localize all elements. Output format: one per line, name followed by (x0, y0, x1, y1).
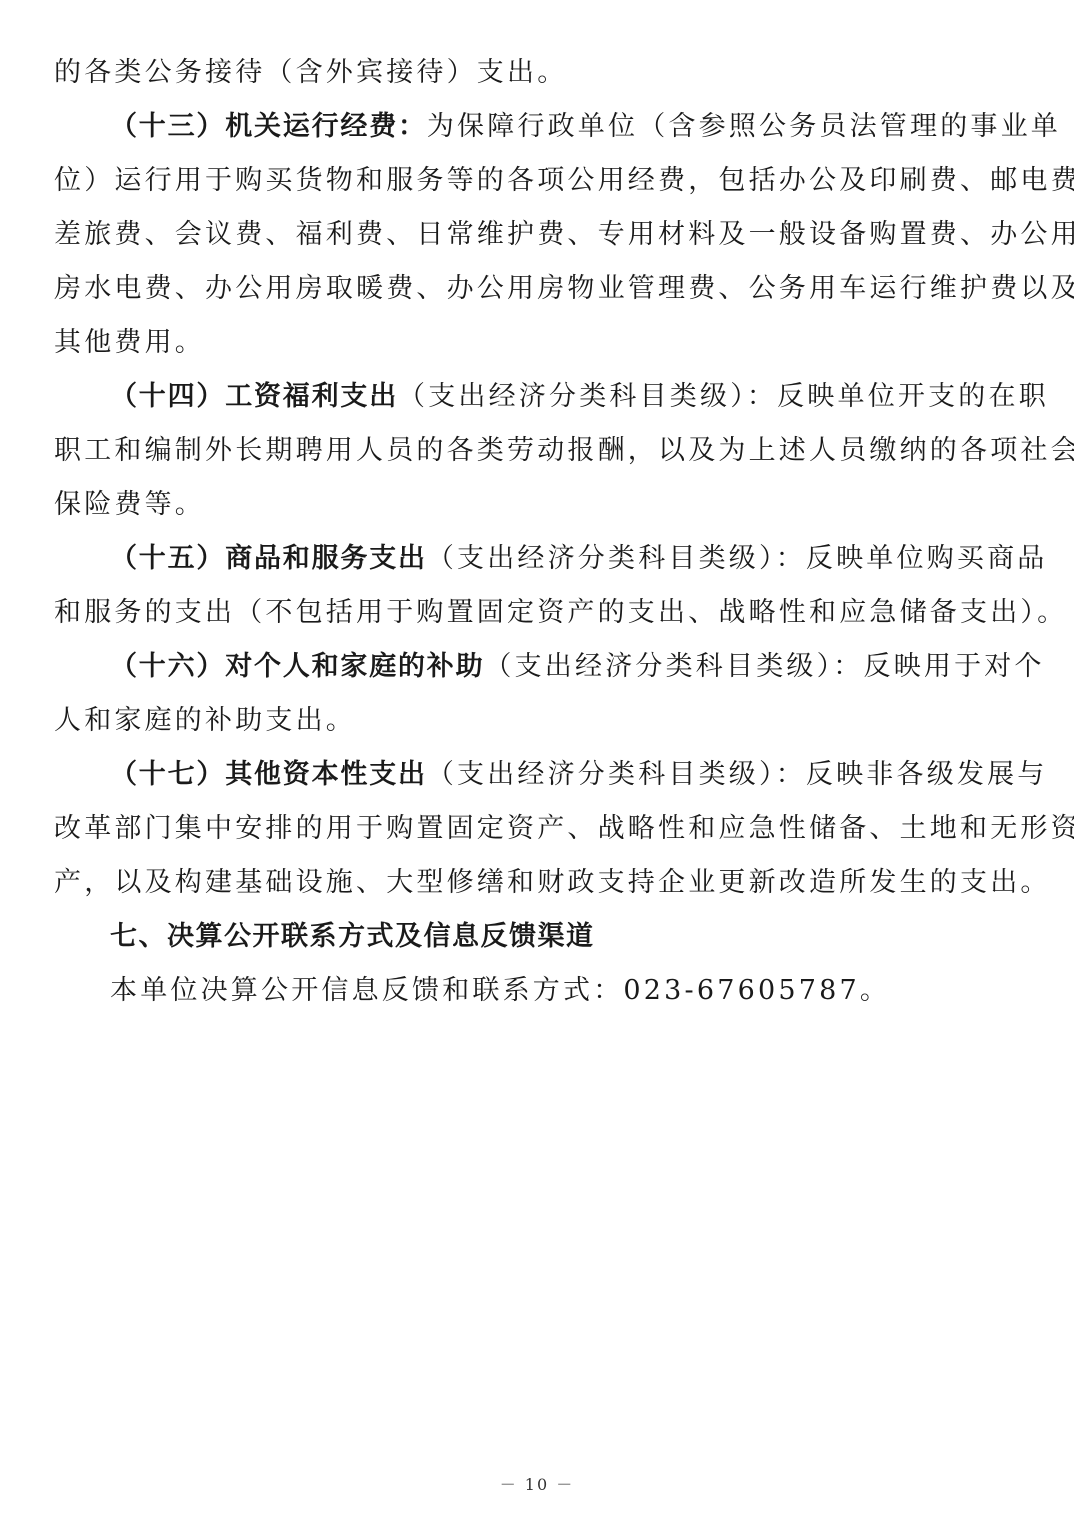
text-line: 保险费等。 (54, 478, 1024, 532)
line-text: 差旅费、会议费、福利费、日常维护费、专用材料及一般设备购置费、办公用 (54, 219, 1074, 250)
text-line: 产，以及构建基础设施、大型修缮和财政支持企业更新改造所发生的支出。 (54, 856, 1024, 910)
item-14-line: （十四）工资福利支出（支出经济分类科目类级）：反映单位开支的在职 (54, 370, 1024, 424)
section-heading: 七、决算公开联系方式及信息反馈渠道 (54, 910, 1024, 964)
line-text: 人和家庭的补助支出。 (54, 705, 356, 736)
line-text: 职工和编制外长期聘用人员的各类劳动报酬，以及为上述人员缴纳的各项社会 (54, 435, 1074, 466)
text-line: 和服务的支出（不包括用于购置固定资产的支出、战略性和应急储备支出）。 (54, 586, 1024, 640)
item-16-line: （十六）对个人和家庭的补助（支出经济分类科目类级）：反映用于对个 (54, 640, 1024, 694)
line-text: 其他费用。 (54, 327, 205, 358)
text-line: 人和家庭的补助支出。 (54, 694, 1024, 748)
line-text: 的各类公务接待（含外宾接待）支出。 (54, 57, 567, 88)
text-line: 位）运行用于购买货物和服务等的各项公用经费，包括办公及印刷费、邮电费、 (54, 154, 1024, 208)
item-13-line: （十三）机关运行经费：为保障行政单位（含参照公务员法管理的事业单 (54, 100, 1024, 154)
line-text: 房水电费、办公用房取暖费、办公用房物业管理费、公务用车运行维护费以及 (54, 273, 1074, 304)
line-text: （支出经济分类科目类级）：反映单位购买商品 (427, 543, 1048, 574)
line-text: 改革部门集中安排的用于购置固定资产、战略性和应急性储备、土地和无形资 (54, 813, 1074, 844)
item-16-lead: （十六）对个人和家庭的补助 (110, 651, 484, 682)
text-line: 差旅费、会议费、福利费、日常维护费、专用材料及一般设备购置费、办公用 (54, 208, 1024, 262)
item-15-line: （十五）商品和服务支出（支出经济分类科目类级）：反映单位购买商品 (54, 532, 1024, 586)
line-text: 位）运行用于购买货物和服务等的各项公用经费，包括办公及印刷费、邮电费、 (54, 165, 1074, 196)
line-text: （支出经济分类科目类级）：反映用于对个 (484, 651, 1044, 682)
item-17-lead: （十七）其他资本性支出 (110, 759, 427, 790)
page-number: － 10 － (0, 1472, 1074, 1495)
text-line: 职工和编制外长期聘用人员的各类劳动报酬，以及为上述人员缴纳的各项社会 (54, 424, 1024, 478)
contact-line: 本单位决算公开信息反馈和联系方式：023-67605787。 (54, 964, 1024, 1018)
item-14-lead: （十四）工资福利支出 (110, 381, 398, 412)
line-text: 和服务的支出（不包括用于购置固定资产的支出、战略性和应急储备支出）。 (54, 597, 1067, 628)
item-15-lead: （十五）商品和服务支出 (110, 543, 427, 574)
document-page: 的各类公务接待（含外宾接待）支出。 （十三）机关运行经费：为保障行政单位（含参照… (54, 46, 1024, 1018)
item-13-lead: （十三）机关运行经费： (110, 111, 427, 142)
text-line: 其他费用。 (54, 316, 1024, 370)
text-line: 改革部门集中安排的用于购置固定资产、战略性和应急性储备、土地和无形资 (54, 802, 1024, 856)
line-text: 产，以及构建基础设施、大型修缮和财政支持企业更新改造所发生的支出。 (54, 867, 1051, 898)
line-text: （支出经济分类科目类级）：反映非各级发展与 (427, 759, 1048, 790)
contact-text: 本单位决算公开信息反馈和联系方式：023-67605787。 (110, 975, 890, 1006)
text-line: 的各类公务接待（含外宾接待）支出。 (54, 46, 1024, 100)
text-line: 房水电费、办公用房取暖费、办公用房物业管理费、公务用车运行维护费以及 (54, 262, 1024, 316)
item-17-line: （十七）其他资本性支出（支出经济分类科目类级）：反映非各级发展与 (54, 748, 1024, 802)
line-text: 为保障行政单位（含参照公务员法管理的事业单 (427, 111, 1061, 142)
line-text: 保险费等。 (54, 489, 205, 520)
line-text: （支出经济分类科目类级）：反映单位开支的在职 (398, 381, 1049, 412)
